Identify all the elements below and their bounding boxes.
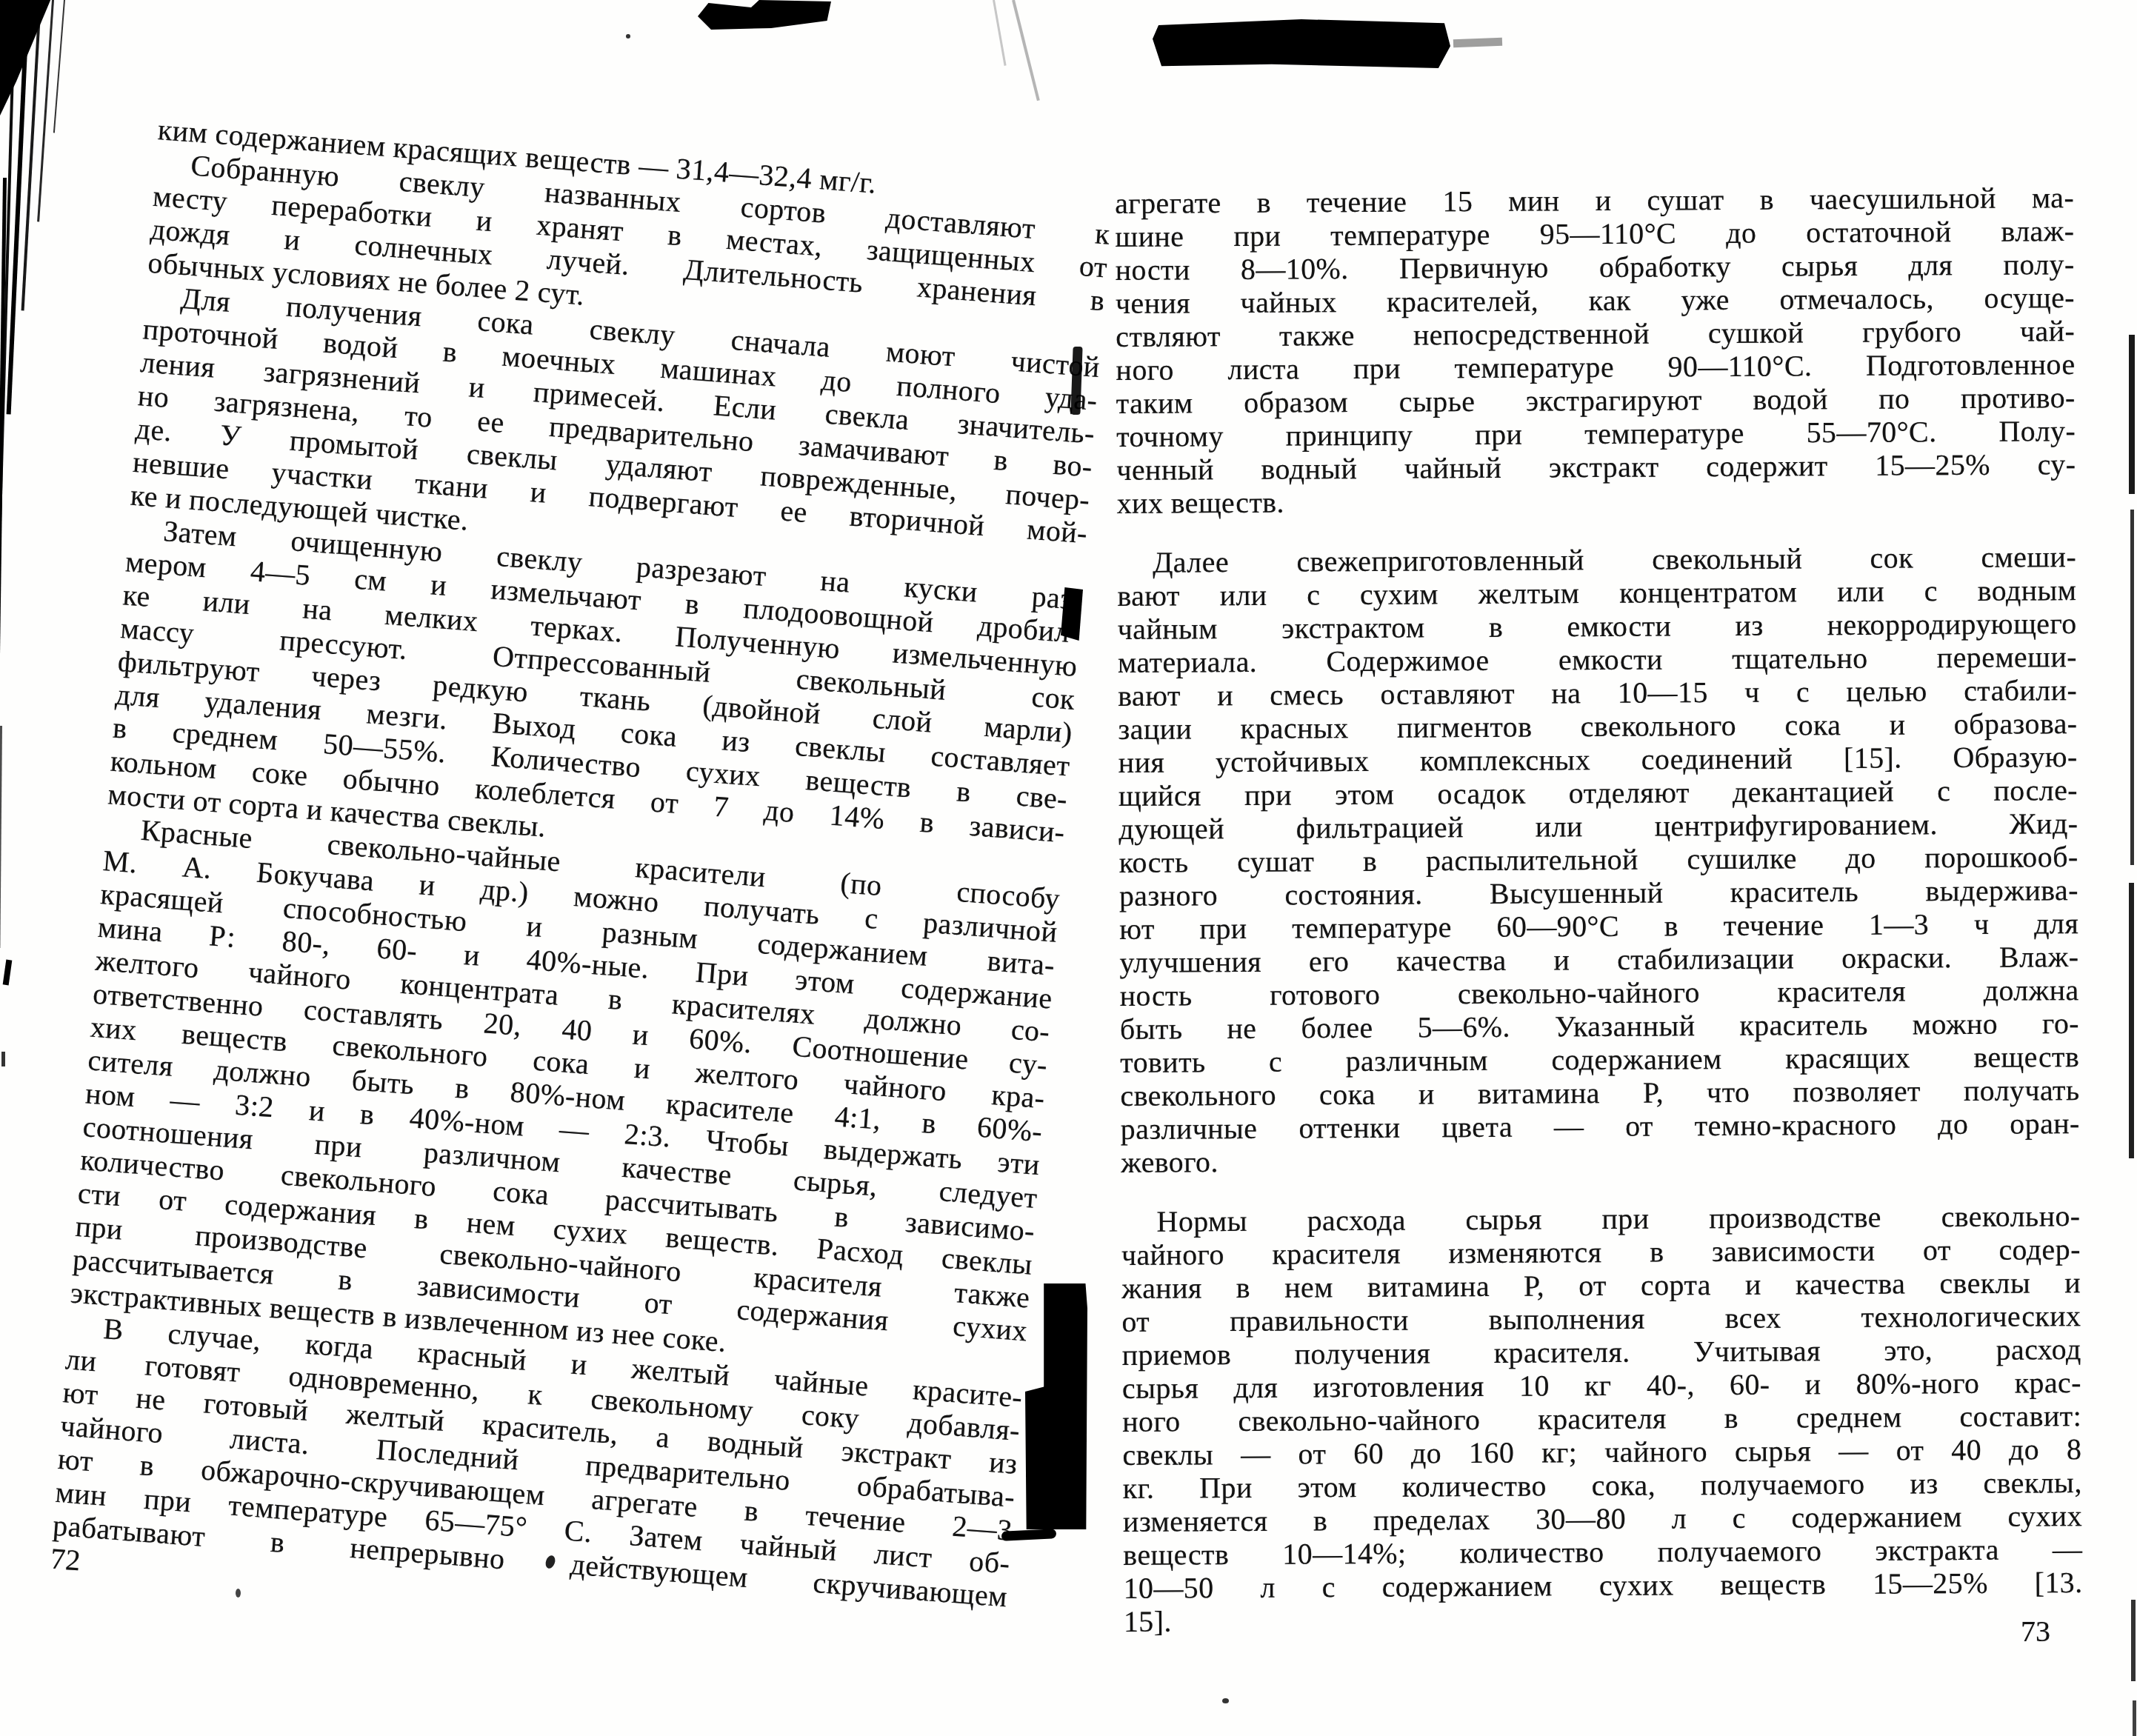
text-line: ного свекольно-чайного красителя в средн… [1122, 1399, 2081, 1438]
scan-artifact-spine-line [0, 726, 2, 948]
text-line: изменяется в пределах 30—80 л с содержан… [1123, 1499, 2082, 1538]
text-line: 15]. [1124, 1599, 2083, 1638]
text-line: от правильности выполнения всех технолог… [1121, 1299, 2081, 1338]
text-line: сырья для изготовления 10 кг 40-, 60- и … [1122, 1366, 2081, 1405]
paragraph: Нормы расхода сырья при производстве све… [1121, 1199, 2083, 1638]
text-line: чайным экстрактом в емкости из некорроди… [1118, 607, 2077, 646]
text-line: кг. При этом количество сока, получаемог… [1123, 1466, 2082, 1505]
text-line: агрегате в течение 15 мин и сушат в чаес… [1115, 181, 2074, 220]
scan-artifact-top-blob [698, 0, 831, 30]
text-line: различные оттенки цвета — от темно-красн… [1121, 1106, 2080, 1146]
text-line: быть не более 5—6%. Указанный краситель … [1120, 1006, 2079, 1046]
text-line: чайного красителя изменяются в зависимос… [1121, 1232, 2081, 1272]
paragraph: Красные свекольно-чайные красители (по с… [70, 810, 1061, 1381]
paragraph: Далее свежеприготовленный свекольный сок… [1117, 540, 2080, 1179]
scan-artifact-tick [3, 960, 13, 986]
scan-artifact-gray-curve [993, 0, 1007, 66]
text-line: ности 8—10%. Первичную обработку сырья д… [1116, 247, 2075, 287]
text-line: свеклы — от 60 до 160 кг; чайного сырья … [1122, 1432, 2081, 1472]
text-line: вают или с сухим желтым концентратом или… [1117, 573, 2076, 612]
scan-artifact-dot [236, 1589, 241, 1598]
scan-artifact-tick [1, 1052, 5, 1066]
text-line: таким образом сырье экстрагируют водой п… [1116, 381, 2076, 420]
scan-artifact-dot [626, 34, 630, 39]
paragraph: агрегате в течение 15 мин и сушат в чаес… [1115, 181, 2076, 520]
text-line: улучшения его качества и стабилизации ок… [1119, 940, 2078, 979]
text-line: кость сушат в распылительной сушилке до … [1118, 840, 2078, 879]
text-line: дующей фильтрацией или центрифугирование… [1118, 807, 2078, 846]
text-line: свекольного сока и витамина Р, что позво… [1120, 1073, 2079, 1112]
text-line: материала. Содержимое емкости тщательно … [1118, 640, 2077, 679]
text-line: ного листа при температуре 90—110°С. Под… [1116, 347, 2075, 387]
text-line: веществ 10—14%; количество получаемого э… [1123, 1532, 2082, 1572]
scan-artifact-spine-line [53, 0, 65, 133]
text-line: ченный водный чайный экстракт содержит 1… [1116, 447, 2076, 487]
text-line: вают и смесь оставляют на 10—15 ч с цель… [1118, 673, 2077, 712]
text-line: 10—50 л с содержанием сухих веществ 15—2… [1123, 1566, 2082, 1605]
scan-artifact-gutter-blob [1025, 1283, 1087, 1529]
left-page-text: 72 ким содержанием красящих веществ — 31… [52, 113, 1113, 1613]
scan-artifact-top-bar [1153, 19, 1450, 68]
text-line: чения чайных красителей, как уже отмечал… [1116, 281, 2075, 320]
page-number-right: 73 [2021, 1615, 2050, 1648]
page-number-left: 72 [50, 1542, 82, 1578]
text-line: ют при температуре 60—90°С в течение 1—3… [1119, 907, 2078, 946]
text-line: ствляют также непосредственной сушкой гр… [1116, 314, 2075, 353]
scan-artifact-dot [1222, 1698, 1229, 1703]
text-line: хих веществ. [1116, 481, 2076, 520]
scan-artifact-edge-strip [2129, 335, 2135, 494]
scan-artifact-gray-curve [1012, 0, 1040, 101]
text-line: точному принципу при температуре 55—70°С… [1116, 414, 2076, 453]
text-line: зации красных пигментов свекольного сока… [1118, 707, 2077, 746]
text-line: приемов получения красителя. Учитывая эт… [1121, 1332, 2081, 1372]
scan-artifact-edge-strip [2133, 1700, 2136, 1736]
text-line: Нормы расхода сырья при производстве све… [1121, 1199, 2080, 1238]
text-line: товить с различным содержанием красящих … [1120, 1040, 2079, 1079]
text-line: Далее свежеприготовленный свекольный сок… [1117, 540, 2076, 579]
text-line: жания в нем витамина Р, от сорта и качес… [1121, 1266, 2081, 1305]
right-page-text: агрегате в течение 15 мин и сушат в чаес… [1115, 181, 2083, 1638]
scan-artifact-bar-tail [1453, 38, 1502, 47]
text-line: разного состояния. Высушенный краситель … [1119, 873, 2078, 912]
scan-artifact-gutter-dash [1001, 1529, 1057, 1541]
text-line: щийся при этом осадок отделяют декантаци… [1118, 773, 2078, 812]
scan-artifact-spine-line [37, 0, 54, 221]
text-line: жевого. [1121, 1140, 2080, 1179]
text-line: ния устойчивых комплексных соединений [1… [1118, 740, 2078, 779]
book-scan-spread: 72 ким содержанием красящих веществ — 31… [0, 0, 2137, 1736]
scan-artifact-edge-strip [2130, 510, 2134, 865]
scan-artifact-edge-strip [2129, 883, 2134, 1158]
scan-artifact-edge-strip [2131, 1600, 2136, 1681]
text-line: ность готового свекольно-чайного красите… [1120, 973, 2079, 1012]
text-line: шине при температуре 95—110°С до остаточ… [1115, 214, 2074, 253]
